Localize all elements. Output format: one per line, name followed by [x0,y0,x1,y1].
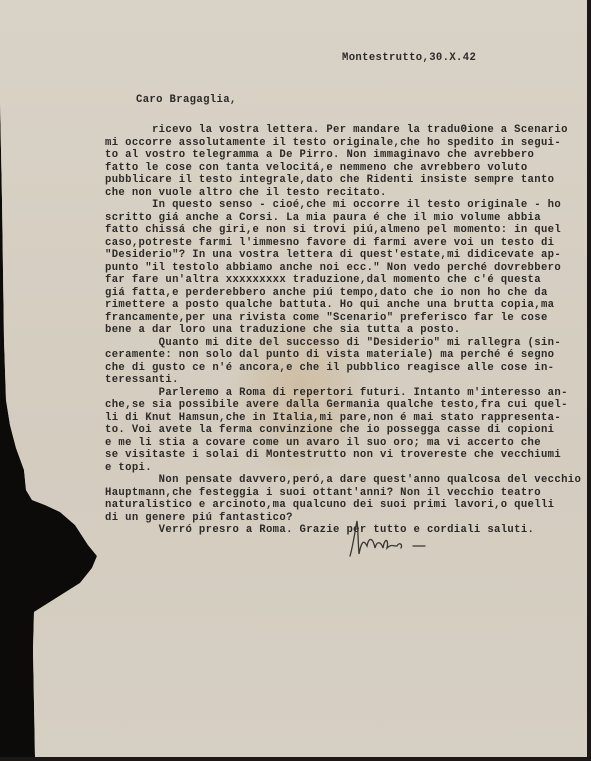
letter-line: punto "il testolo abbiamo anche noi ecc.… [105,262,581,275]
letter-line: che,se sia possibile avere dalla Germani… [105,399,581,412]
letter-line: to. Voi avete la ferma convinzione che i… [105,424,581,437]
letter-line: caso,potreste farmi l'immesno favore di … [105,237,581,250]
letter-line: francamente,per una rivista come "Scenar… [105,312,581,325]
letter-line: di un genere piú fantastico? [105,512,581,525]
letter-line: Parleremo a Roma di repertori futuri. In… [105,387,581,400]
letter-line: fatto le cose con tanta velocitá,e nemme… [105,162,581,175]
letter-line: to al vostro telegramma a De Pirro. Non … [105,149,581,162]
letter-line: e me li stia a covare come un avaro il s… [105,437,581,450]
letter-line: teressanti. [105,374,581,387]
letter-line: ceramente: non solo dal punto di vista m… [105,349,581,362]
letter-body: ricevo la vostra lettera. Per mandare la… [105,124,581,537]
letter-line: Hauptmann,che festeggia i suoi ottant'an… [105,487,581,500]
letter-line: Non pensate davvero,peró,a dare quest'an… [105,474,581,487]
letter-line: In questo senso - cioé,che mi occorre il… [105,199,581,212]
scan-edge-right [587,0,591,761]
letter-line: pubblicare il testo integrale,dato che R… [105,174,581,187]
letter-line: mi occorre assolutamente il testo origin… [105,137,581,150]
letter-line: li di Knut Hamsun,che in Italia,mi pare,… [105,412,581,425]
letter-line: che non vuole altro che il testo recitat… [105,187,581,200]
salutation: Caro Bragaglia, [136,94,237,107]
signature [345,516,440,566]
letter-page: Montestrutto,30.X.42 Caro Bragaglia, ric… [0,0,587,757]
letter-line: "Desiderio"? In una vostra lettera di qu… [105,249,581,262]
letter-line: giá fatta,e perderebbero anche piú tempo… [105,287,581,300]
letter-line: far fare un'altra xxxxxxxxx traduzione,d… [105,274,581,287]
letter-line: rimettere a posto qualche battuta. Ho qu… [105,299,581,312]
place-date: Montestrutto,30.X.42 [342,52,476,65]
letter-line: scritto giá anche a Corsi. La mia paura … [105,212,581,225]
letter-line: Verró presro a Roma. Grazie per tutto e … [105,524,581,537]
letter-line: fatto chissá che giri,e non si trovi piú… [105,224,581,237]
letter-line: bene a dar loro una traduzione che sia t… [105,324,581,337]
letter-line: che di gusto ce n'é ancora,e che il pubb… [105,362,581,375]
letter-line: e topi. [105,462,581,475]
letter-line: se visitaste i solai di Montestrutto non… [105,449,581,462]
letter-line: Quanto mi dite del successo di "Desideri… [105,337,581,350]
letter-line: ricevo la vostra lettera. Per mandare la… [105,124,581,137]
scan-edge-bottom [0,757,591,761]
letter-line: naturalistico e arcinoto,ma qualcuno dei… [105,499,581,512]
